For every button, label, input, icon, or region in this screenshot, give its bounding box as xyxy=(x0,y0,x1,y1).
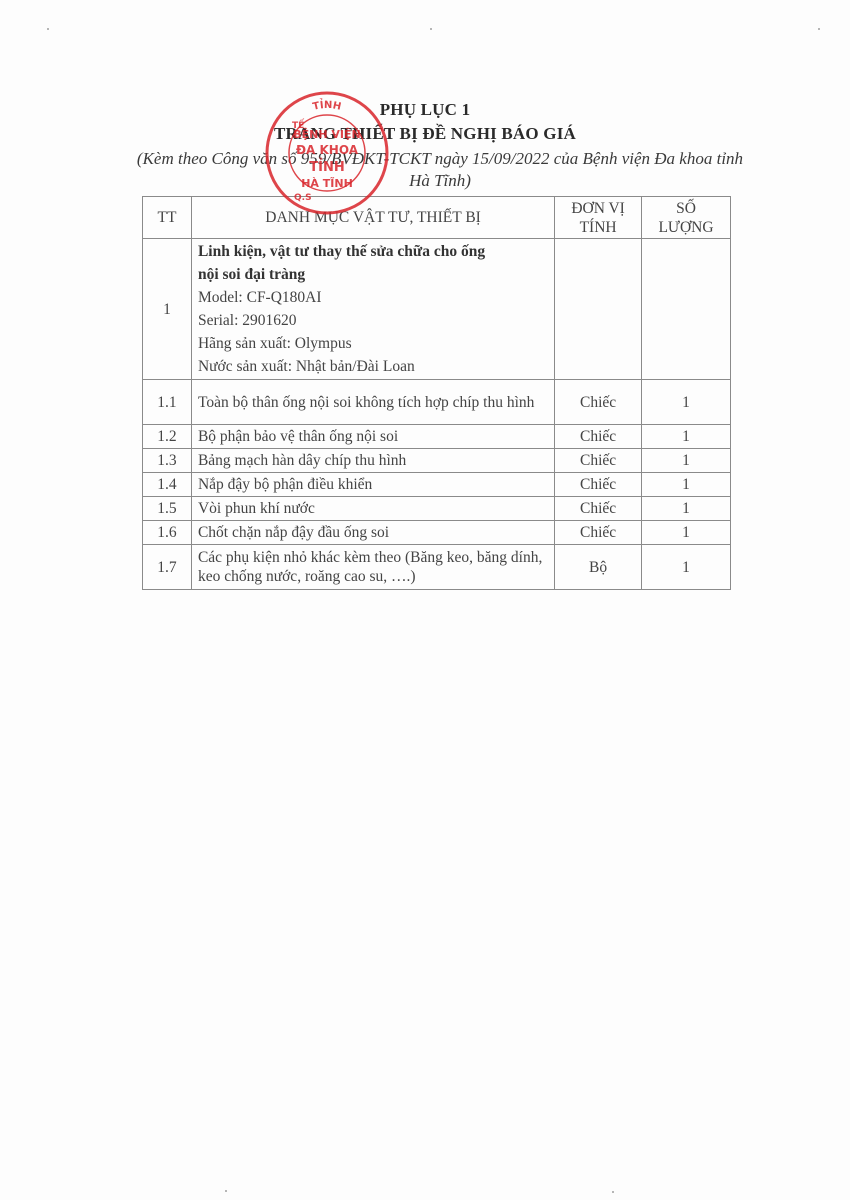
group-title-line: Linh kiện, vật tư thay thế sửa chữa cho … xyxy=(198,240,548,263)
cell-tt: 1.5 xyxy=(143,497,192,521)
cell-tt: 1.6 xyxy=(143,521,192,545)
appendix-title: PHỤ LỤC 1 xyxy=(0,100,850,120)
equipment-table: TT DANH MỤC VẬT TƯ, THIẾT BỊ ĐƠN VỊ TÍNH… xyxy=(142,196,731,590)
cell-tt: 1.3 xyxy=(143,449,192,473)
stamp-ring-bottom: Q.S xyxy=(294,193,312,203)
cell-qty: 1 xyxy=(642,545,731,590)
table-row: 1.6Chốt chặn nắp đậy đầu ống soiChiếc1 xyxy=(143,521,731,545)
stamp-line: ĐA KHOA xyxy=(296,143,359,157)
group-detail-line: Serial: 2901620 xyxy=(198,309,548,332)
scan-speck xyxy=(47,28,49,30)
cell-name: Các phụ kiện nhỏ khác kèm theo (Băng keo… xyxy=(191,545,554,590)
cell-qty xyxy=(642,239,731,380)
svg-text:TỈNH: TỈNH xyxy=(312,97,342,113)
header-unit-line: ĐƠN VỊ xyxy=(561,199,635,218)
header-tt: TT xyxy=(143,197,192,239)
cell-unit: Chiếc xyxy=(555,380,642,425)
cell-unit: Chiếc xyxy=(555,521,642,545)
table-row-group: 1 Linh kiện, vật tư thay thế sửa chữa ch… xyxy=(143,239,731,380)
cell-unit: Chiếc xyxy=(555,425,642,449)
table-row: 1.3Bảng mạch hàn dây chíp thu hìnhChiếc1 xyxy=(143,449,731,473)
header-unit-line: TÍNH xyxy=(561,218,635,237)
cell-unit: Chiếc xyxy=(555,449,642,473)
cell-tt: 1.2 xyxy=(143,425,192,449)
table-row: 1.1Toàn bộ thân ống nội soi không tích h… xyxy=(143,380,731,425)
group-detail-line: Model: CF-Q180AI xyxy=(198,286,548,309)
header-qty-line: SỐ xyxy=(648,199,724,218)
cell-qty: 1 xyxy=(642,380,731,425)
cell-tt: 1.4 xyxy=(143,473,192,497)
cell-name: Chốt chặn nắp đậy đầu ống soi xyxy=(191,521,554,545)
cell-unit: Bộ xyxy=(555,545,642,590)
header-unit: ĐƠN VỊ TÍNH xyxy=(555,197,642,239)
table-row: 1.2Bộ phận bảo vệ thân ống nội soiChiếc1 xyxy=(143,425,731,449)
header-qty-line: LƯỢNG xyxy=(648,218,724,237)
group-title-line: nội soi đại tràng xyxy=(198,263,548,286)
cell-qty: 1 xyxy=(642,497,731,521)
stamp-line: TỈNH xyxy=(309,158,344,175)
table-row: 1.7Các phụ kiện nhỏ khác kèm theo (Băng … xyxy=(143,545,731,590)
scan-speck xyxy=(430,28,432,30)
cell-qty: 1 xyxy=(642,521,731,545)
scan-speck xyxy=(612,1191,614,1193)
stamp-ring-top: TỈNH xyxy=(312,97,342,113)
official-red-stamp: TỈNH TẾ Q.S BỆNH VIỆN ĐA KHOA TỈNH HÀ TĨ… xyxy=(262,88,392,218)
appendix-subtitle: TRANG THIẾT BỊ ĐỀ NGHỊ BÁO GIÁ xyxy=(0,124,850,144)
cell-name: Toàn bộ thân ống nội soi không tích hợp … xyxy=(191,380,554,425)
scan-speck xyxy=(225,1190,227,1192)
cell-unit: Chiếc xyxy=(555,497,642,521)
group-detail-line: Nước sản xuất: Nhật bản/Đài Loan xyxy=(198,355,548,378)
group-detail-line: Hãng sản xuất: Olympus xyxy=(198,332,548,355)
cell-tt: 1.7 xyxy=(143,545,192,590)
cell-qty: 1 xyxy=(642,425,731,449)
stamp-line: BỆNH VIỆN xyxy=(293,128,360,141)
cell-name: Linh kiện, vật tư thay thế sửa chữa cho … xyxy=(191,239,554,380)
table-row: 1.4Nắp đậy bộ phận điều khiểnChiếc1 xyxy=(143,473,731,497)
cell-qty: 1 xyxy=(642,473,731,497)
cell-unit xyxy=(555,239,642,380)
cell-name: Nắp đậy bộ phận điều khiển xyxy=(191,473,554,497)
table-row: 1.5Vòi phun khí nướcChiếc1 xyxy=(143,497,731,521)
scan-speck xyxy=(818,28,820,30)
reference-note: (Kèm theo Công văn số 959/BVĐKT-TCKT ngà… xyxy=(130,148,750,192)
table-header-row: TT DANH MỤC VẬT TƯ, THIẾT BỊ ĐƠN VỊ TÍNH… xyxy=(143,197,731,239)
cell-tt: 1 xyxy=(143,239,192,380)
cell-name: Vòi phun khí nước xyxy=(191,497,554,521)
cell-name: Bộ phận bảo vệ thân ống nội soi xyxy=(191,425,554,449)
cell-name: Bảng mạch hàn dây chíp thu hình xyxy=(191,449,554,473)
cell-qty: 1 xyxy=(642,449,731,473)
stamp-line: HÀ TĨNH xyxy=(301,177,353,190)
cell-unit: Chiếc xyxy=(555,473,642,497)
cell-tt: 1.1 xyxy=(143,380,192,425)
header-qty: SỐ LƯỢNG xyxy=(642,197,731,239)
